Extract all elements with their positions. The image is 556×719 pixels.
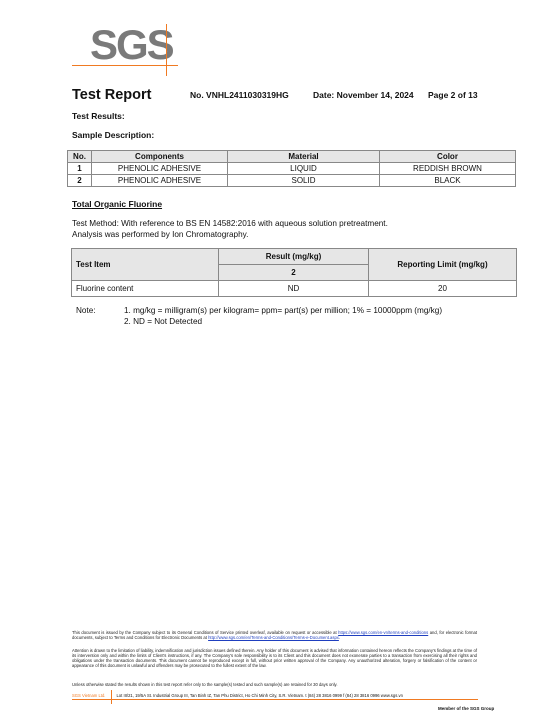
footer-text: . (339, 635, 340, 640)
table-row: 1 PHENOLIC ADHESIVE LIQUID REDDISH BROWN (68, 163, 516, 175)
report-date: Date: November 14, 2024 (313, 90, 414, 100)
col-no: No. (68, 151, 92, 163)
report-header: Test Report No. VNHL2411030319HG Date: N… (72, 87, 536, 105)
footer-attention: Attention is drawn to the limitation of … (72, 648, 477, 668)
sample-table-header: No. Components Material Color (68, 151, 516, 163)
col-result-sample: 2 (219, 265, 369, 281)
sample-table: No. Components Material Color 1 PHENOLIC… (67, 150, 516, 187)
cell-color: REDDISH BROWN (380, 163, 516, 175)
company-address: SGS Vietnam Ltd.Lot III/21, 19/5A St. In… (72, 693, 403, 707)
note-line-1: 1. mg/kg = milligram(s) per kilogram= pp… (124, 306, 442, 317)
cell-result: ND (219, 281, 369, 297)
test-method-line: Test Method: With reference to BS EN 145… (72, 218, 388, 229)
e-document-terms-link[interactable]: http://www.sgs.com/en/Terms-and-Conditio… (208, 635, 339, 640)
address-text: Lot III/21, 19/5A St. Industrial Group I… (116, 693, 402, 698)
cell-limit: 20 (369, 281, 517, 297)
cell-no: 1 (68, 163, 92, 175)
note-label: Note: (76, 306, 96, 317)
sgs-logo: SGS (70, 20, 180, 72)
page-number: Page 2 of 13 (428, 90, 478, 100)
report-title: Test Report (72, 87, 152, 103)
cell-test-item: Fluorine content (72, 281, 219, 297)
terms-link[interactable]: https://www.sgs.com/en-vn/terms-and-cond… (338, 630, 428, 635)
cell-material: LIQUID (228, 163, 380, 175)
col-material: Material (228, 151, 380, 163)
cell-color: BLACK (380, 175, 516, 187)
footer-conditions: This document is issued by the Company s… (72, 630, 477, 640)
test-results-label: Test Results: (72, 111, 125, 121)
analysis-line: Analysis was performed by Ion Chromatogr… (72, 229, 388, 240)
col-reporting-limit: Reporting Limit (mg/kg) (369, 249, 517, 281)
logo-text: SGS (90, 22, 173, 68)
footer-retention: Unless otherwise stated the results show… (72, 682, 477, 687)
col-result: Result (mg/kg) (219, 249, 369, 265)
logo-vertical-rule (166, 24, 167, 76)
result-table: Test Item Result (mg/kg) Reporting Limit… (71, 248, 517, 297)
col-color: Color (380, 151, 516, 163)
test-method: Test Method: With reference to BS EN 145… (72, 218, 388, 240)
cell-no: 2 (68, 175, 92, 187)
logo-horizontal-rule (72, 65, 178, 66)
section-title: Total Organic Fluorine (72, 199, 162, 209)
cell-component: PHENOLIC ADHESIVE (92, 175, 228, 187)
sample-description-label: Sample Description: (72, 130, 154, 140)
member-of-sgs-group: Member of the SGS Group (438, 706, 494, 711)
company-name: SGS Vietnam Ltd. (72, 693, 105, 698)
report-number: No. VNHL2411030319HG (190, 90, 289, 100)
table-row: 2 PHENOLIC ADHESIVE SOLID BLACK (68, 175, 516, 187)
address-divider (111, 690, 112, 704)
table-row: Fluorine content ND 20 (72, 281, 517, 297)
note-line-2: 2. ND = Not Detected (124, 317, 442, 328)
footer-orange-rule (72, 699, 478, 700)
col-test-item: Test Item (72, 249, 219, 281)
col-components: Components (92, 151, 228, 163)
cell-component: PHENOLIC ADHESIVE (92, 163, 228, 175)
note-lines: 1. mg/kg = milligram(s) per kilogram= pp… (124, 306, 442, 327)
cell-material: SOLID (228, 175, 380, 187)
